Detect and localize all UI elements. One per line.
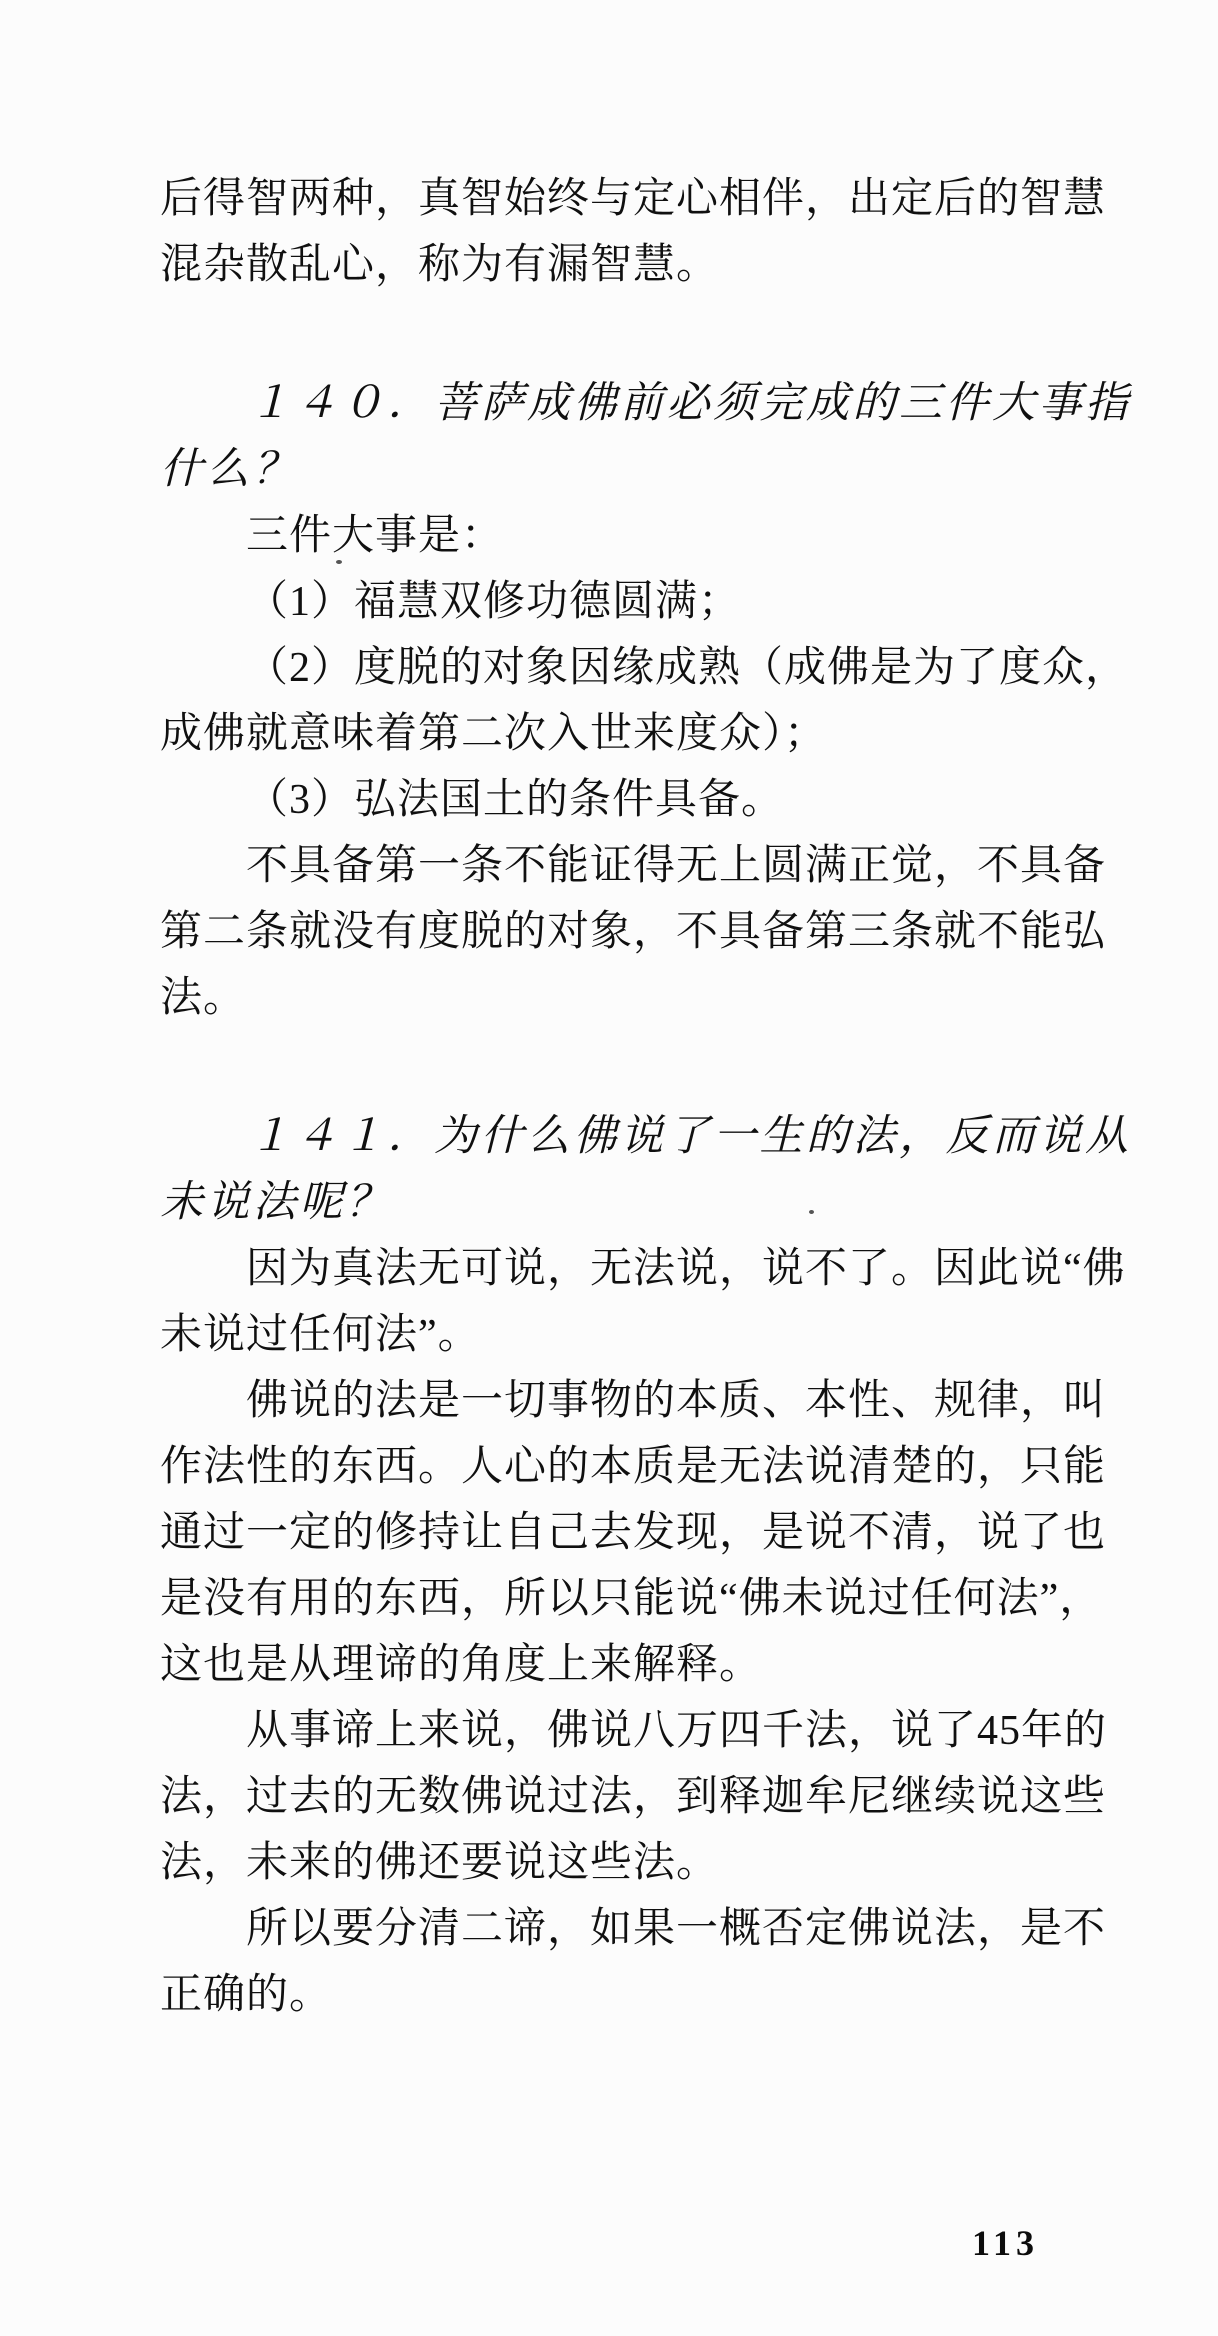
text-line: 成佛就意味着第二次入世来度众）； (160, 701, 1160, 767)
blank-line (160, 1031, 1160, 1104)
text-line: 第二条就没有度脱的对象，不具备第三条就不能弘 (160, 899, 1160, 965)
text-block: 后得智两种，真智始终与定心相伴，出定后的智慧混杂散乱心，称为有漏智慧。１４０．菩… (160, 166, 1160, 2028)
text-line: 作法性的东西。人心的本质是无法说清楚的，只能 (160, 1434, 1160, 1500)
text-line: 这也是从理谛的角度上来解释。 (160, 1632, 1160, 1698)
page-number: 113 (972, 2222, 1039, 2264)
text-line: 未说法呢？ (160, 1170, 1160, 1236)
blank-line (160, 298, 1160, 371)
ink-speck (336, 560, 342, 564)
text-line: 通过一定的修持让自己去发现，是说不清，说了也 (160, 1500, 1160, 1566)
text-line: （3）弘法国土的条件具备。 (160, 767, 1160, 833)
text-line: 佛说的法是一切事物的本质、本性、规律，叫 (160, 1368, 1160, 1434)
text-line: 法。 (160, 965, 1160, 1031)
text-line: 因为真法无可说，无法说，说不了。因此说“佛 (160, 1236, 1160, 1302)
text-line: 法，未来的佛还要说这些法。 (160, 1830, 1160, 1896)
book-page: 后得智两种，真智始终与定心相伴，出定后的智慧混杂散乱心，称为有漏智慧。１４０．菩… (0, 0, 1218, 2336)
text-line: 混杂散乱心，称为有漏智慧。 (160, 232, 1160, 298)
text-line: １４１．为什么佛说了一生的法，反而说从 (160, 1104, 1160, 1170)
text-line: 正确的。 (160, 1962, 1160, 2028)
text-line: 不具备第一条不能证得无上圆满正觉，不具备 (160, 833, 1160, 899)
text-line: （2）度脱的对象因缘成熟（成佛是为了度众， (160, 635, 1160, 701)
ink-speck (809, 1210, 814, 1214)
text-line: 所以要分清二谛，如果一概否定佛说法，是不 (160, 1896, 1160, 1962)
text-line: 后得智两种，真智始终与定心相伴，出定后的智慧 (160, 166, 1160, 232)
text-line: 未说过任何法”。 (160, 1302, 1160, 1368)
text-line: 法，过去的无数佛说过法，到释迦牟尼继续说这些 (160, 1764, 1160, 1830)
text-line: 是没有用的东西，所以只能说“佛未说过任何法”， (160, 1566, 1160, 1632)
text-line: 什么？ (160, 437, 1160, 503)
text-line: 从事谛上来说，佛说八万四千法，说了45年的 (160, 1698, 1160, 1764)
text-line: 三件大事是： (160, 503, 1160, 569)
text-line: （1）福慧双修功德圆满； (160, 569, 1160, 635)
text-line: １４０．菩萨成佛前必须完成的三件大事指 (160, 371, 1160, 437)
